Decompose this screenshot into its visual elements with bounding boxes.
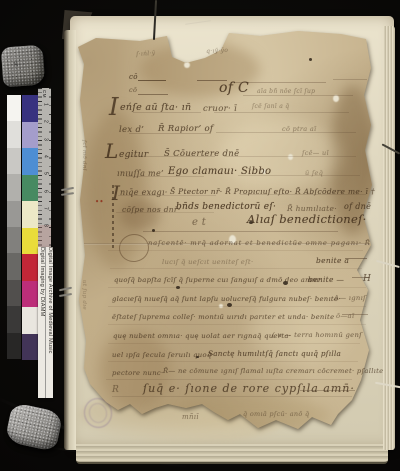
ruler-unit-label: CM [42, 90, 47, 98]
grayscale-patch [7, 227, 21, 253]
manuscript-text-line: S̄ Cōuertere dnē [164, 150, 239, 159]
manuscript-text-line: cō ptra aī [282, 126, 316, 133]
grayscale-patch [7, 148, 21, 174]
manuscript-text-line: bn̄ds benedictorū eſ· [176, 203, 276, 212]
color-patch [22, 228, 38, 255]
manuscript-text-line: lucıſ q̄ ueſcıt ueniteſ eſt· [162, 259, 253, 266]
manuscript-text-line: quoſq̄ bapſta ſcīſ q̄ ſuperne cuı ſanguı… [114, 277, 321, 284]
grayscale-patch [7, 306, 21, 332]
ruler-number: 7 [43, 207, 49, 210]
ruler-number: 5 [43, 172, 49, 175]
manuscript-text-line: pectore nunc· [112, 370, 163, 377]
diamm-label: Digital Imaging by DIAMM Digital Image A… [38, 247, 53, 398]
manuscript-text-line: glacıeſq̄ nıueſq̄ aq̄ ſunt lapſu uolucre… [112, 296, 341, 303]
manuscript-text-line: cruor· ī [203, 105, 237, 114]
manuscript-text-line: naſcentē· mrq̄ adornat et benedictūe omn… [148, 240, 371, 247]
manuscript-text-line: e t [192, 218, 206, 228]
ruler-number: 1 [43, 103, 49, 106]
manuscript-text-line: R̄— ne cōmune ıgnıſ flamal ıuſta cremarı… [163, 368, 384, 375]
ruler-number: 4 [43, 155, 49, 158]
manuscript-text-line: I [109, 95, 119, 119]
manuscript-text-line: ſ·ıńl·ȳ [136, 51, 156, 58]
manuscript-text-line: A— ıgnıſ [334, 295, 366, 302]
manuscript-text-line: uel ıpſa ſecula ſeruılı quoq̄· [112, 352, 214, 359]
color-scale [22, 95, 38, 360]
color-patch [22, 281, 38, 308]
manuscript-text-line: benite a [316, 257, 349, 265]
grayscale-scale [7, 95, 21, 359]
ruler-number: 6 [43, 190, 49, 193]
manuscript-line-layer: ſ·ıńl·ȳq·ıȳ·ȳocōcōof Caīa bñ nōe ſcī ſup… [0, 0, 400, 471]
ruler-number: 2 [43, 120, 49, 123]
color-patch [22, 334, 38, 361]
manuscript-text-line: H [363, 275, 371, 284]
ruler-number: 3 [43, 138, 49, 141]
manuscript-text-line: cōſpe nos dnr̄· [122, 206, 181, 214]
manuscript-text-line: quę nubent omnıa· quę uolat aer rıgnaq̄ … [113, 333, 291, 340]
color-patch [22, 148, 38, 175]
manuscript-text-line: nıq̄e exagı· [120, 189, 168, 197]
manuscript-text-line: Sanctę humılıtſq̄ ſanctı quıq̄ pſılla [208, 350, 341, 357]
manuscript-text-line: ēſtateſ ſuprema colleſ· montıū uırıdı pa… [112, 314, 334, 321]
manuscript-text-line: ſcī mō dnī [81, 140, 87, 171]
manuscript-text-line: ū ſeq̄ [305, 170, 323, 177]
manuscript-text-line: of C [219, 81, 249, 95]
color-patch [22, 122, 38, 149]
manuscript-text-line: S̄ Ptector nr̄· R̄ Propıcıuſ eſto· R̄ Ab… [170, 188, 375, 196]
grayscale-patch [7, 253, 21, 279]
grayscale-patch [7, 95, 21, 121]
manuscript-text-line: cō [129, 74, 138, 81]
manuscript-text-line: •• [95, 199, 104, 206]
color-patch [22, 175, 38, 202]
manuscript-text-line: R [112, 386, 119, 395]
stone-mark: N [13, 60, 19, 69]
manuscript-text-line: q̄ omıā pſcū· anō q̄ [243, 411, 309, 418]
manuscript-text-line: ſuq̄ e· ſıone de rore cypſıla amn̄· [143, 383, 355, 394]
color-patch [22, 201, 38, 228]
manuscript-text-line: L [105, 141, 119, 161]
manuscript-text-line: ınıuſſa me’ [117, 170, 164, 178]
grayscale-patch [7, 280, 21, 306]
photo-stage: ſ·ıńl·ȳq·ıȳ·ȳocōcōof Caīa bñ nōe ſcī ſup… [0, 0, 400, 471]
manuscript-text-line: q·ıȳ·ȳo [206, 48, 228, 55]
manuscript-text-line: I [112, 183, 120, 203]
manuscript-text-line: cō [129, 87, 137, 94]
manuscript-text-line: benite — [308, 276, 344, 284]
grayscale-patch [7, 201, 21, 227]
diamm-label-line1: Digital Imaging by DIAMM [38, 247, 46, 398]
manuscript-text-line: egitur [119, 151, 148, 160]
manuscript-text-line: R̄ Rapior’ of [158, 125, 213, 134]
manuscript-text-line: Ego clamauı· Sibbo [168, 167, 271, 177]
manuscript-text-line: ſcē— uī [302, 150, 329, 157]
manuscript-text-line: eńſe aū ſta· ın̄ [120, 103, 191, 113]
manuscript-text-line: Alıaſ benedictioneſ· [247, 214, 367, 226]
ruler-number: 8 [43, 224, 49, 227]
weight-stone-top: N [1, 45, 46, 88]
diamm-label-line2: Digital Image Archive of Medieval Music [46, 247, 53, 398]
manuscript-text-line: lex d’ [119, 126, 144, 135]
manuscript-text-line: mñıī [182, 414, 199, 421]
color-patch [22, 254, 38, 281]
grayscale-patch [7, 174, 21, 200]
color-patch [22, 307, 38, 334]
manuscript-text-line: ( u — terra homınū genſ [272, 332, 362, 339]
manuscript-text-line: ut ſup dıe [81, 280, 87, 310]
grayscale-patch [7, 333, 21, 359]
manuscript-text-line: ſcē ſanī a q̄ [252, 104, 289, 110]
manuscript-text-line: aīa bñ nōe ſcī ſup [257, 89, 315, 95]
manuscript-text-line: of dnē [344, 203, 371, 211]
grayscale-patch [7, 121, 21, 147]
ruler-lower-band [38, 225, 51, 247]
manuscript-text-line: ō—aī [336, 313, 354, 320]
cm-ruler: CM 12345678 [38, 88, 51, 247]
color-patch [22, 95, 38, 122]
